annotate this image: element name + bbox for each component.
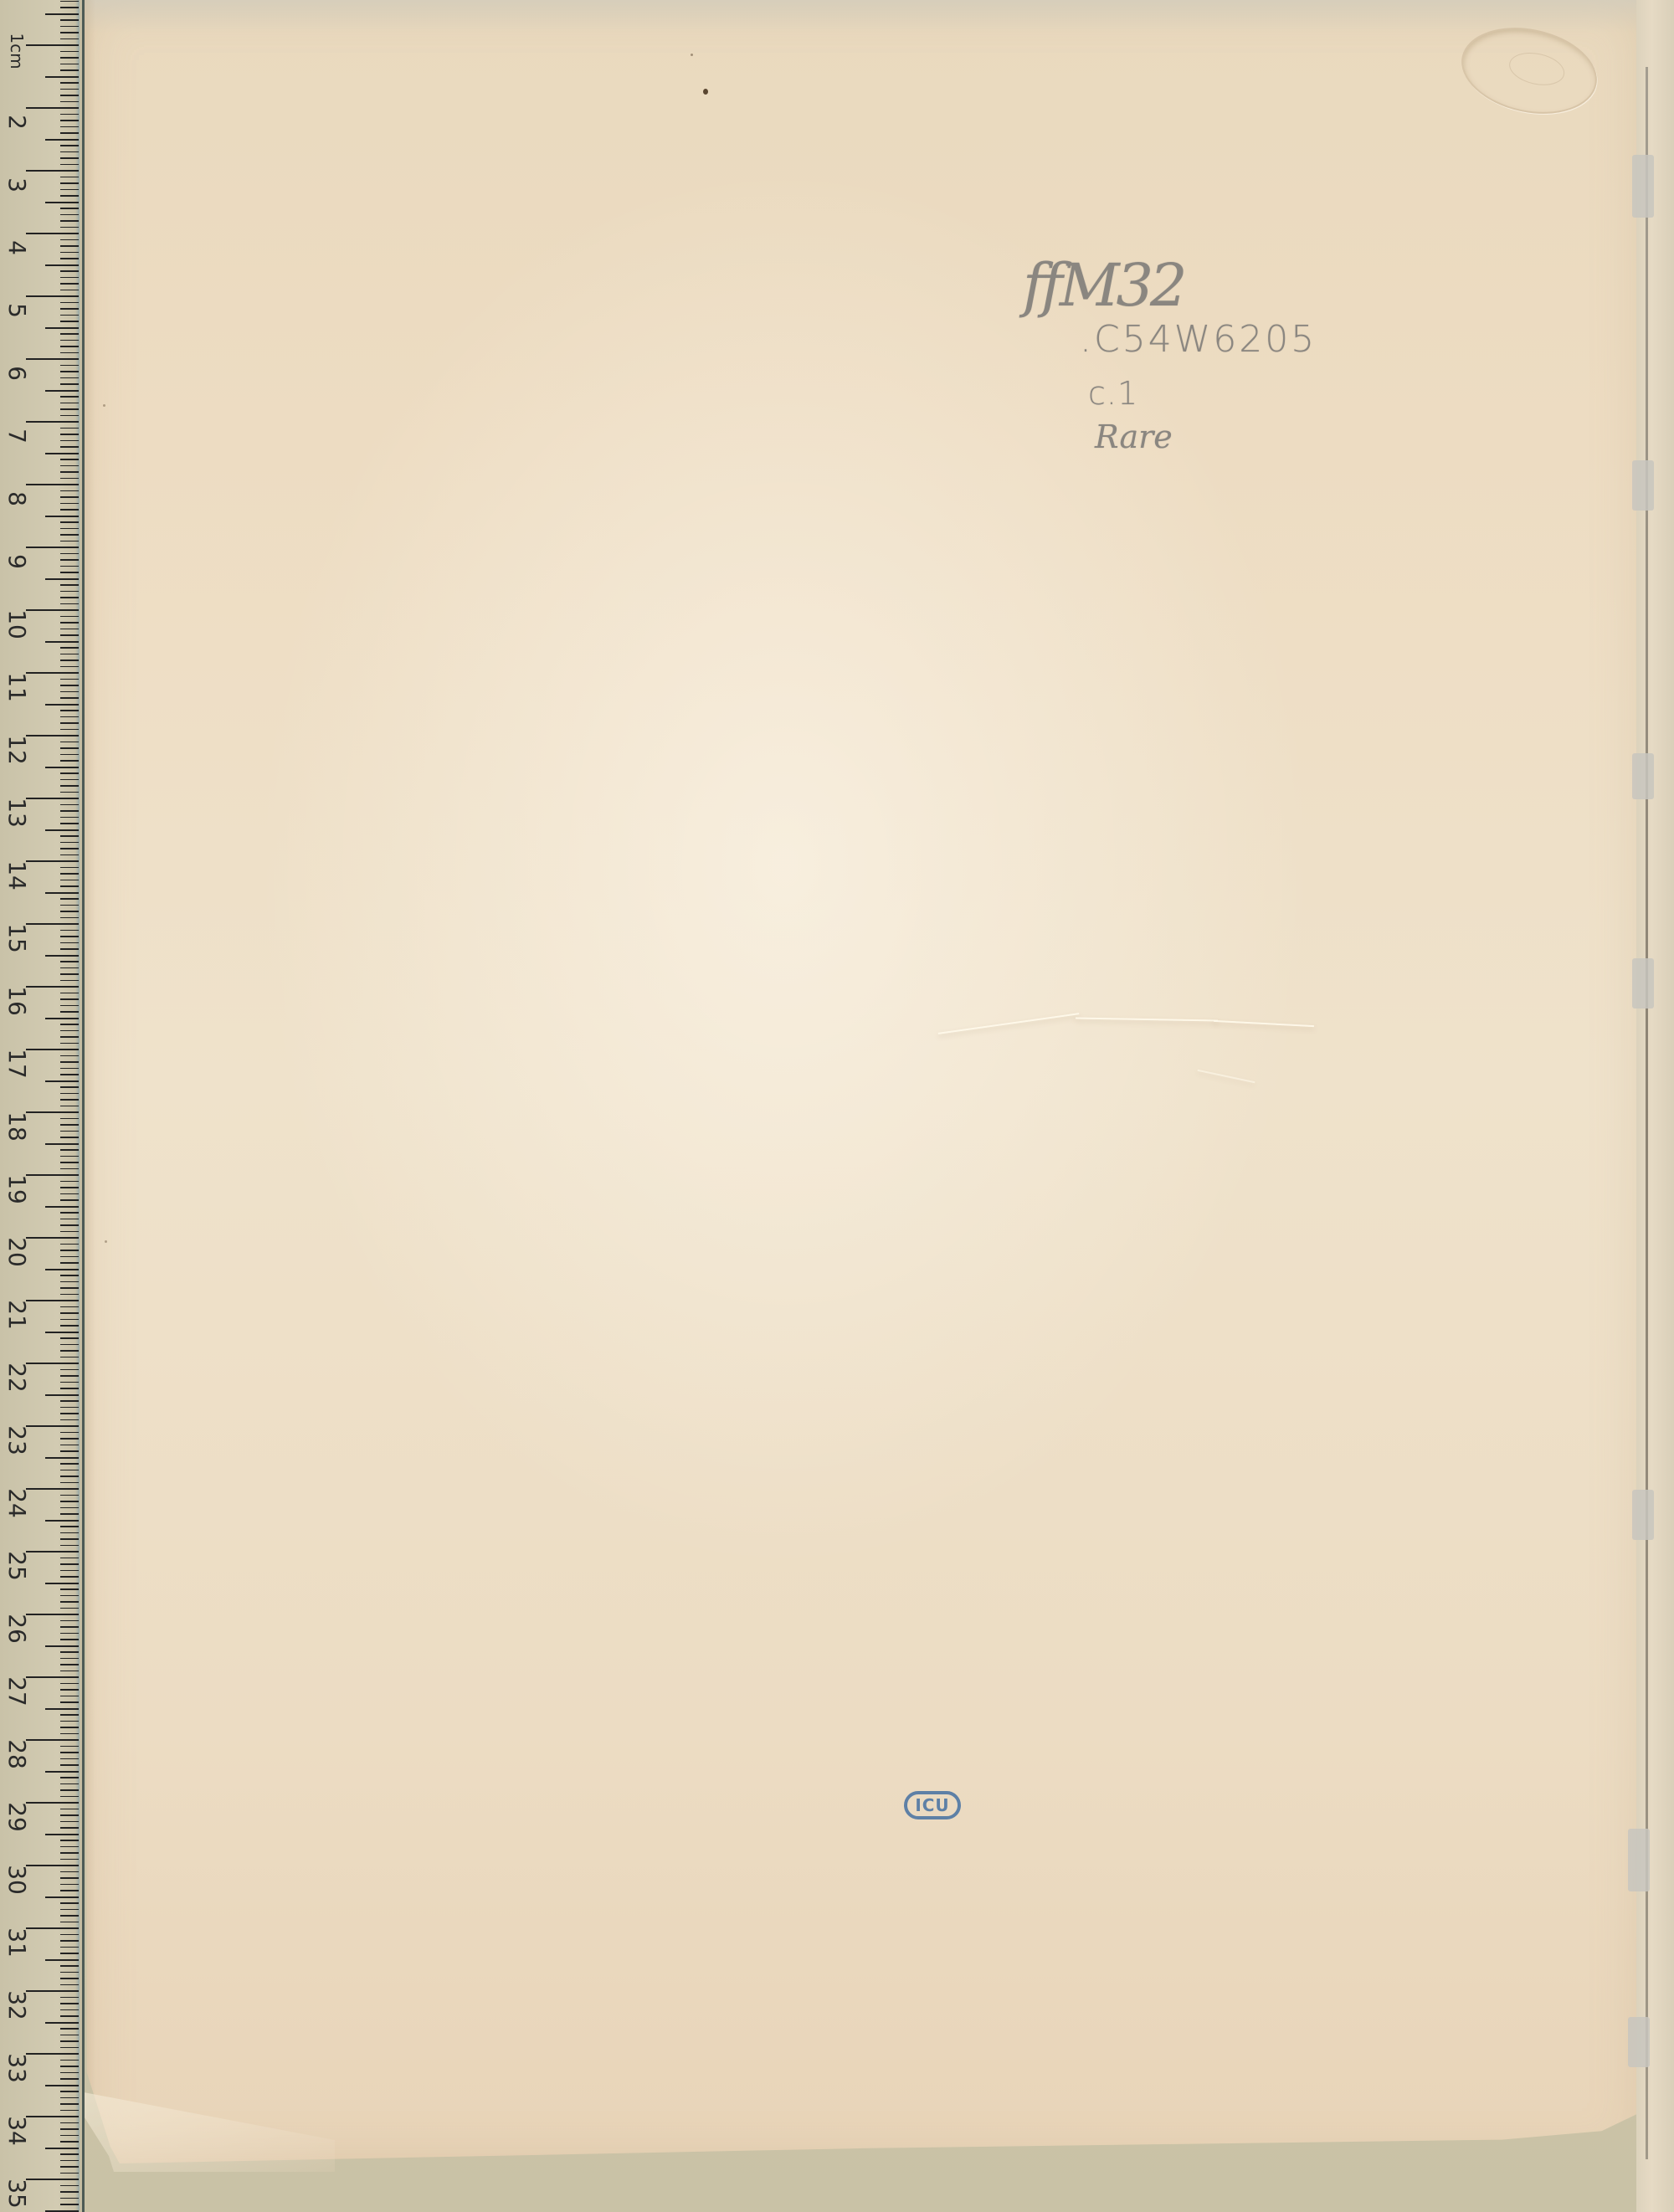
ruler-tick	[60, 145, 79, 146]
ruler-tick	[60, 490, 79, 492]
ruler-tick	[26, 1551, 79, 1553]
ruler-tick	[60, 2153, 79, 2155]
ruler-tick	[60, 32, 79, 33]
ruler-tick	[60, 1696, 79, 1697]
ruler-cm-label: 2	[0, 109, 33, 136]
embossed-seal-inner	[1507, 48, 1568, 90]
ruler-tick	[60, 1055, 79, 1057]
ruler-tick	[60, 948, 79, 950]
ruler-cm-label: 16	[0, 988, 33, 1014]
ruler-tick	[60, 1118, 79, 1120]
ruler-tick	[60, 785, 79, 787]
ruler-tick	[60, 1350, 79, 1352]
ruler-tick	[60, 1633, 79, 1635]
ruler-tick	[60, 2009, 79, 2011]
ruler-tick	[45, 1394, 79, 1396]
ruler-tick	[60, 1325, 79, 1327]
ruler-tick	[45, 955, 79, 957]
ruler-tick	[60, 1997, 79, 1999]
ruler-tick	[60, 1758, 79, 1760]
ruler-tick	[60, 1, 79, 3]
stamp-text: ICU	[915, 1795, 949, 1815]
ruler-tick	[60, 873, 79, 875]
ruler-tick	[60, 471, 79, 473]
ruler-tick	[60, 754, 79, 756]
ruler-tick	[60, 1608, 79, 1609]
ruler-tick	[45, 704, 79, 706]
ruler-tick	[60, 1281, 79, 1283]
ruler-tick	[60, 917, 79, 919]
ruler-tick	[60, 1783, 79, 1785]
ruler-tick	[60, 1294, 79, 1296]
call-number-line-1: ffM32	[1023, 251, 1184, 320]
ruler-tick	[60, 1463, 79, 1465]
ruler-tick	[60, 496, 79, 498]
ruler-tick	[60, 855, 79, 856]
ruler-tick	[60, 1671, 79, 1672]
ruler-tick	[60, 867, 79, 869]
ruler-tick	[26, 672, 79, 674]
ruler-tick	[60, 1287, 79, 1289]
ruler-tick	[60, 1821, 79, 1823]
ruler-tick	[60, 1445, 79, 1446]
ruler-tick	[60, 1306, 79, 1308]
ruler-tick	[45, 892, 79, 894]
ruler-cm-label: 5	[0, 297, 33, 324]
ruler-tick	[26, 170, 79, 172]
ruler-tick	[60, 634, 79, 636]
ruler-cm-label: 21	[0, 1301, 33, 1328]
ruler-tick	[60, 408, 79, 410]
ruler-cm-label: 12	[0, 736, 33, 763]
ruler-tick	[60, 440, 79, 442]
ruler-tick	[60, 346, 79, 347]
ruler-tick	[60, 114, 79, 115]
paper-top-edge	[84, 0, 1642, 33]
ruler-tick	[60, 1846, 79, 1848]
ruler-tick	[60, 911, 79, 912]
ruler-tick	[60, 1375, 79, 1377]
ruler-tick	[26, 44, 79, 46]
ruler-tick	[60, 82, 79, 84]
ruler-tick	[60, 2191, 79, 2193]
ruler-tick	[26, 986, 79, 988]
ruler-tick	[60, 1852, 79, 1854]
ruler-tick	[60, 57, 79, 59]
ruler-tick	[60, 1043, 79, 1044]
ruler-tick	[60, 848, 79, 849]
ruler-tick	[60, 2185, 79, 2187]
ruler-tick	[45, 829, 79, 831]
ruler-tick	[60, 1576, 79, 1578]
spine-tape-repair	[1628, 1829, 1650, 1891]
ruler-tick	[45, 1583, 79, 1584]
ruler-tick	[60, 1953, 79, 1954]
call-number-copy: c.1	[1088, 375, 1138, 412]
ruler-tick	[45, 516, 79, 517]
ruler-tick	[26, 1363, 79, 1364]
ruler-tick	[60, 885, 79, 887]
ruler-tick	[60, 2103, 79, 2105]
ruler-tick	[60, 2122, 79, 2124]
spine-tape-repair	[1632, 753, 1654, 799]
ruler-tick	[60, 1890, 79, 1891]
ruler-cm-label: 14	[0, 862, 33, 889]
ruler-tick	[60, 352, 79, 354]
ruler-tick	[60, 1727, 79, 1728]
ruler-tick	[60, 396, 79, 398]
ruler-tick	[60, 403, 79, 404]
ruler-unit-label: 1cm	[0, 38, 33, 64]
ruler-tick	[60, 95, 79, 96]
ruler-tick	[60, 973, 79, 975]
ruler-tick	[60, 1683, 79, 1685]
ruler-tick	[60, 38, 79, 40]
ruler-tick	[60, 340, 79, 341]
ruler-tick	[60, 1124, 79, 1126]
ruler-tick	[60, 521, 79, 523]
ruler-tick	[60, 2097, 79, 2099]
ruler-tick	[60, 810, 79, 812]
ruler-tick	[60, 270, 79, 272]
ruler-tick	[60, 164, 79, 166]
ruler-tick	[60, 2078, 79, 2080]
ruler-tick	[60, 2035, 79, 2036]
ruler-tick	[60, 553, 79, 555]
ruler-tick	[60, 1601, 79, 1603]
ruler-tick	[60, 1413, 79, 1414]
ruler-tick	[60, 1030, 79, 1032]
ruler-tick	[60, 1011, 79, 1013]
ruler-cm-label: 34	[0, 2117, 33, 2144]
ruler-tick	[60, 1156, 79, 1157]
ruler-tick	[60, 1495, 79, 1496]
ruler-tick	[45, 2022, 79, 2024]
ruler-tick	[60, 1388, 79, 1389]
ruler-tick	[60, 1639, 79, 1640]
spine-tape-repair	[1632, 460, 1654, 511]
ruler-tick	[60, 19, 79, 21]
ruler-cm-label: 26	[0, 1615, 33, 1642]
ruler-tick	[45, 1645, 79, 1647]
ruler-tick	[60, 1746, 79, 1748]
ruler-tick	[60, 779, 79, 781]
ruler-tick	[60, 1438, 79, 1440]
ruler-tick	[60, 716, 79, 718]
ruler-tick	[60, 151, 79, 153]
ruler-tick	[26, 923, 79, 925]
ruler-cm-label: 11	[0, 674, 33, 701]
ruler-tick	[60, 1106, 79, 1107]
ruler-tick	[45, 13, 79, 15]
ruler-tick	[60, 252, 79, 254]
ruler-cm-label: 19	[0, 1176, 33, 1203]
ruler-tick	[60, 1764, 79, 1766]
ruler-tick	[60, 371, 79, 372]
ruler-tick	[26, 1927, 79, 1929]
ruler-tick	[60, 1915, 79, 1917]
ruler-tick	[26, 1174, 79, 1176]
ruler-tick	[60, 930, 79, 932]
paper-sheet	[84, 0, 1642, 2163]
ruler-tick	[60, 1501, 79, 1502]
ruler-tick	[60, 1256, 79, 1258]
ruler-tick	[45, 1771, 79, 1773]
ruler-cm-label: 8	[0, 485, 33, 512]
ruler-tick	[60, 722, 79, 724]
ruler-tick	[60, 1219, 79, 1220]
ruler-cm-label: 25	[0, 1553, 33, 1579]
ruler-tick	[60, 2128, 79, 2130]
ruler-tick	[60, 1344, 79, 1346]
ruler-tick	[26, 1614, 79, 1615]
ruler-tick	[60, 1181, 79, 1183]
ruler-tick	[60, 842, 79, 844]
ruler-tick	[60, 189, 79, 191]
ruler-tick	[60, 1796, 79, 1798]
ruler-tick	[60, 2040, 79, 2042]
ruler-tick	[60, 1149, 79, 1151]
ruler-tick	[45, 578, 79, 580]
ruler-tick	[60, 1074, 79, 1075]
ruler-tick	[60, 1482, 79, 1484]
ruler-tick	[60, 2166, 79, 2168]
ruler-tick	[60, 998, 79, 1000]
ruler-tick	[60, 2173, 79, 2174]
ruler-cm-label: 33	[0, 2055, 33, 2081]
ruler-tick	[60, 1250, 79, 1251]
ruler-tick	[60, 603, 79, 605]
ruler-tick	[60, 936, 79, 937]
ruler-tick	[60, 333, 79, 335]
ruler-cm-label: 32	[0, 1992, 33, 2019]
ruler-tick	[60, 428, 79, 429]
ruler-tick	[60, 1162, 79, 1163]
ruler-tick	[26, 107, 79, 109]
ruler-tick	[60, 1244, 79, 1245]
call-number-collection: Rare	[1095, 418, 1173, 455]
ruler-cm-label: 28	[0, 1741, 33, 1768]
ruler-tick	[60, 980, 79, 982]
ruler-tick	[60, 1024, 79, 1025]
ruler-tick	[60, 1620, 79, 1622]
ruler-tick	[60, 509, 79, 511]
ruler-tick	[60, 1187, 79, 1188]
paper-speck	[703, 89, 708, 95]
ruler-tick	[45, 453, 79, 454]
ruler-tick	[60, 1419, 79, 1421]
ruler-tick	[60, 942, 79, 944]
ruler-tick	[60, 584, 79, 586]
ruler-tick	[60, 2204, 79, 2205]
ruler-tick	[26, 2053, 79, 2055]
ruler-tick	[60, 1978, 79, 1979]
ruler-tick	[60, 1005, 79, 1007]
ruler-tick	[60, 377, 79, 379]
ruler-tick	[60, 258, 79, 259]
ruler-tick	[60, 654, 79, 655]
ruler-cm-label: 6	[0, 360, 33, 387]
ruler-tick	[60, 1061, 79, 1063]
ruler-tick	[60, 465, 79, 467]
ruler-tick	[60, 1814, 79, 1816]
ruler-tick	[60, 1137, 79, 1138]
ruler-tick	[26, 421, 79, 423]
ruler-tick	[60, 647, 79, 649]
ruler-cm-label: 3	[0, 172, 33, 198]
ruler-tick	[60, 1199, 79, 1201]
ruler-tick	[45, 641, 79, 643]
ruler-tick	[60, 182, 79, 184]
ruler-tick	[60, 1809, 79, 1810]
ruler-tick	[60, 1086, 79, 1088]
ruler-tick	[60, 2141, 79, 2143]
ruler-tick	[26, 1049, 79, 1050]
ruler-tick	[60, 559, 79, 561]
ruler-tick	[60, 1513, 79, 1515]
ruler-tick	[45, 390, 79, 392]
spine-tape-repair	[1632, 1490, 1654, 1540]
ruler-tick	[60, 1275, 79, 1276]
ruler-tick	[60, 120, 79, 121]
ruler-tick	[26, 1802, 79, 1804]
ruler-tick	[60, 534, 79, 536]
ruler-tick	[60, 2003, 79, 2004]
ruler-tick	[60, 1099, 79, 1101]
ruler-tick	[60, 227, 79, 228]
ruler-tick	[26, 609, 79, 611]
ruler-tick	[60, 239, 79, 241]
ruler-cm-label: 29	[0, 1804, 33, 1830]
ruler-tick	[60, 898, 79, 900]
ruler-tick	[60, 566, 79, 567]
ruler-tick	[60, 1689, 79, 1691]
ruler-tick	[60, 1877, 79, 1879]
ruler-tick	[45, 327, 79, 329]
ruler-tick	[45, 1959, 79, 1961]
ruler-tick	[60, 1470, 79, 1471]
ruler-tick	[60, 1476, 79, 1477]
ruler-cm-label: 35	[0, 2180, 33, 2207]
ruler-tick	[60, 1532, 79, 1534]
ruler-tick	[60, 478, 79, 480]
ruler-cm-label: 13	[0, 799, 33, 826]
ruler-tick	[45, 1080, 79, 1082]
ruler-tick	[60, 1312, 79, 1314]
ruler-tick	[60, 1450, 79, 1452]
ruler-tick	[60, 597, 79, 598]
ruler-tick	[60, 1131, 79, 1132]
ruler-tick	[45, 76, 79, 78]
ruler-tick	[60, 572, 79, 573]
ruler-tick	[60, 1972, 79, 1973]
ruler-tick	[60, 772, 79, 774]
ruler-tick	[60, 697, 79, 699]
ruler-tick	[60, 1884, 79, 1886]
ruler-tick	[60, 685, 79, 686]
paper-speck	[105, 1240, 107, 1243]
ruler-tick	[60, 961, 79, 962]
ruler-tick	[60, 1538, 79, 1540]
ruler-tick	[60, 1168, 79, 1170]
ruler-tick	[45, 139, 79, 141]
ruler-tick	[45, 1332, 79, 1333]
ruler-tick	[60, 729, 79, 731]
ruler-tick	[60, 7, 79, 8]
ruler-tick	[60, 1036, 79, 1038]
ruler-tick	[60, 308, 79, 310]
ruler-tick	[60, 2066, 79, 2067]
ruler-tick	[45, 264, 79, 266]
ruler-tick	[45, 767, 79, 768]
ruler-cm-label: 9	[0, 548, 33, 575]
ruler-tick	[60, 365, 79, 367]
ruler-tick	[60, 1262, 79, 1264]
ruler-tick	[60, 1224, 79, 1226]
ruler-tick	[26, 233, 79, 234]
ruler-tick	[60, 880, 79, 881]
spine-tape-repair	[1632, 958, 1654, 1008]
ruler-tick	[45, 1520, 79, 1522]
ruler-cm-label: 23	[0, 1427, 33, 1454]
ruler-tick	[60, 290, 79, 291]
ruler-tick	[60, 1664, 79, 1665]
ruler-tick	[60, 2047, 79, 2049]
ruler-tick	[60, 591, 79, 593]
ruler-tick	[60, 1400, 79, 1402]
ruler-tick	[60, 2072, 79, 2074]
ruler-tick	[60, 2110, 79, 2112]
ruler-tick	[60, 157, 79, 159]
ruler-tick	[60, 1733, 79, 1735]
ruler-tick	[60, 302, 79, 304]
ruler-tick	[60, 459, 79, 460]
ruler-tick	[26, 735, 79, 736]
ruler-tick	[60, 1626, 79, 1628]
ruler-tick	[60, 2091, 79, 2092]
ruler-tick	[60, 1369, 79, 1371]
ruler-tick	[60, 1658, 79, 1660]
ruler-tick	[26, 1739, 79, 1741]
ruler-tick	[60, 817, 79, 819]
ruler-tick	[26, 1300, 79, 1301]
ruler-tick	[60, 195, 79, 197]
ruler-tick	[60, 1651, 79, 1653]
ruler-tick	[60, 1909, 79, 1911]
ruler-tick	[26, 860, 79, 862]
ruler-tick	[60, 710, 79, 711]
paper-speck	[103, 404, 105, 407]
ruler-tick	[26, 295, 79, 297]
ruler-tick	[60, 1588, 79, 1590]
ruler-tick	[60, 1721, 79, 1722]
ruler-tick	[60, 1432, 79, 1434]
ruler-tick	[60, 214, 79, 216]
ruler-tick	[60, 89, 79, 90]
ruler-tick	[60, 905, 79, 906]
ruler-tick	[60, 1382, 79, 1383]
ruler-tick	[60, 220, 79, 222]
ruler-tick	[60, 1859, 79, 1860]
ruler-tick	[60, 245, 79, 247]
ruler-tick	[60, 315, 79, 316]
ruler-tick	[60, 26, 79, 28]
ruler-tick	[60, 1840, 79, 1841]
ruler-cm-label: 17	[0, 1050, 33, 1077]
measurement-ruler: 1cm2345678910111213141516171819202122232…	[0, 0, 85, 2212]
ruler-tick	[45, 1708, 79, 1710]
ruler-tick	[60, 1934, 79, 1936]
